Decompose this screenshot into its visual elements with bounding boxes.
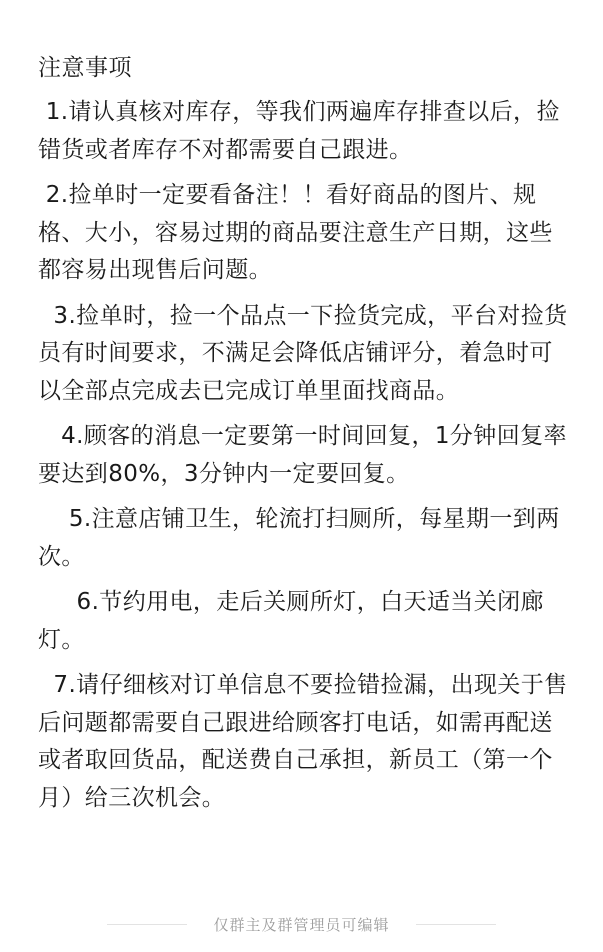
notice-item-7: 7.请仔细核对订单信息不要捡错捡漏，出现关于售后问题都需要自己跟进给顾客打电话，…: [38, 667, 568, 817]
notice-item-1: 1.请认真核对库存，等我们两遍库存排查以后，捡错货或者库存不对都需要自己跟进。: [38, 94, 568, 169]
divider-right: [416, 924, 496, 925]
notice-item-4: 4.顾客的消息一定要第一时间回复，1分钟回复率要达到80%，3分钟内一定要回复。: [38, 418, 568, 493]
notice-item-2: 2.捡单时一定要看备注！！看好商品的图片、规格、大小，容易过期的商品要注意生产日…: [38, 177, 568, 290]
notice-item-5: 5.注意店铺卫生，轮流打扫厕所，每星期一到两次。: [38, 501, 568, 576]
edit-permission-note: 仅群主及群管理员可编辑: [213, 914, 389, 935]
notice-item-6: 6.节约用电，走后关厕所灯，白天适当关闭廊灯。: [38, 584, 568, 659]
edit-permission-footer: 仅群主及群管理员可编辑: [0, 912, 603, 936]
announcement-document: 注意事项 1.请认真核对库存，等我们两遍库存排查以后，捡错货或者库存不对都需要自…: [38, 50, 568, 825]
document-title: 注意事项: [38, 50, 568, 86]
divider-left: [107, 924, 187, 925]
notice-item-3: 3.捡单时，捡一个品点一下捡货完成，平台对捡货员有时间要求，不满足会降低店铺评分…: [38, 298, 568, 411]
